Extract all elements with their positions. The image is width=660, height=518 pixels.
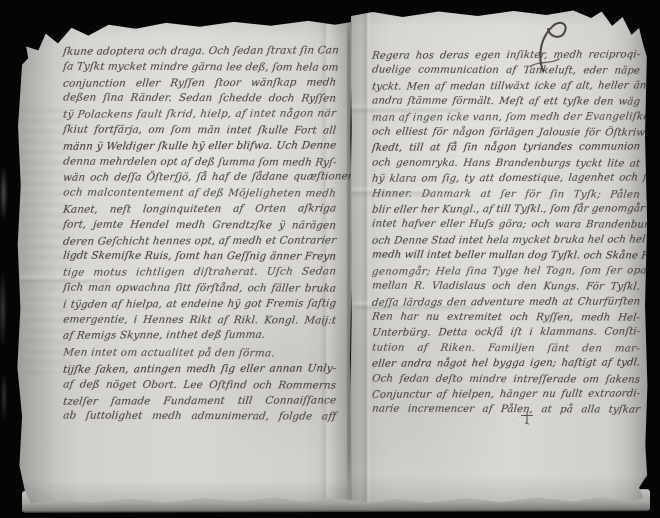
handwritten-line: denna mehrdelen opt af deß ſumma ſom med…	[62, 154, 337, 171]
handwritten-line: i tÿgden af hielpa, at endeine hÿ got Fr…	[62, 296, 337, 313]
handwritten-line: deßen ſina Ränder. Sedan ſchedde doch Ry…	[62, 91, 337, 108]
handwritten-line: och Denne Stad intet hela mycket bruka h…	[371, 232, 641, 249]
handwritten-line: conjunction eller Ryſſen ſtoor wänſkap m…	[62, 75, 337, 92]
handwritten-line: Hinner. Danmark at ſer för ſin Tyſk; Pål…	[371, 186, 641, 202]
handwritten-line: Conjunctur af hielpen, hänger nu fullt e…	[371, 386, 641, 403]
left-page-text: ſkune adoptera och draga. Och ſedan ſtra…	[63, 44, 336, 425]
handwritten-line: Kanet, neſt longinquiteten af Orten aſkr…	[62, 201, 337, 218]
handwritten-line: männ ÿ Weldiger ſkulle hÿ eller blifwa. …	[62, 138, 337, 155]
handwritten-line: och genomryka. Hans Brandenburgs tyckt l…	[371, 155, 641, 171]
handwritten-line: Regera hos deras egen inſikter, medh rec…	[371, 47, 641, 64]
handwritten-line: man af ingen icke vann, ſom medh der Eva…	[371, 109, 641, 126]
handwritten-line: duelige communication af Tankeluft, eder…	[371, 63, 641, 79]
handwritten-line: ſich man opwachna ſitt förſtånd, och fäl…	[62, 280, 337, 297]
handwritten-line: ſkune adoptera och draga. Och ſedan ſtra…	[62, 43, 337, 60]
flourish-stroke	[540, 23, 565, 71]
handwritten-line: Men intet om actualitet på den ſörma.	[62, 346, 337, 363]
handwritten-line: och elliest för någon förlägen Jalousie …	[371, 125, 641, 141]
handwritten-line: medh will intet beller mullan dog Tyſkl.…	[371, 248, 641, 264]
handwritten-line: af Remigs Skynne, inthet deß ſumma.	[62, 328, 337, 345]
handwritten-line: ligdt Skemiſke Ruis, ſomt han Geſſnig än…	[62, 249, 337, 266]
cross-stroke	[522, 412, 533, 424]
background-smudge	[0, 150, 9, 440]
handwritten-line: emergentie, i Hennes Rikt af Rikl. Kongl…	[62, 312, 337, 329]
handwritten-line: blir eller her Kungl., af till Tyſkl., ſ…	[371, 201, 641, 218]
handwritten-line: fort, jemte Hendel medh Grendtzſke ÿ när…	[62, 217, 337, 234]
manuscript-right-page: Regera hos deras egen inſikter, medh rec…	[349, 7, 648, 505]
handwritten-line: deſſa lärdags den adventure medh at Chur…	[371, 294, 641, 311]
handwritten-line: Unterbürg. Detta ockſå iſt i klammans. C…	[371, 325, 641, 342]
handwritten-line: tige motus ichtligen diſtraherat. Uſch S…	[62, 264, 337, 281]
pen-flourish-icon	[521, 19, 577, 73]
handwritten-line: genomgår; Hela ſina Tyge hel Togn, ſom ſ…	[371, 263, 641, 280]
handwritten-line: ſkiut fortfärja, om ſom män intet ſkulle…	[62, 122, 337, 139]
handwritten-line: hÿ klara om ſig, ty att domestique, lage…	[371, 171, 641, 188]
handwritten-line: tution af Riken. Familjen ſänt den mar-	[371, 340, 641, 356]
handwritten-line: af deß nöget Obort. Lee Oſtfind och Romm…	[62, 377, 337, 394]
handwritten-line: Och ſedan deſto mindre intreſſerade om ſ…	[371, 371, 641, 387]
handwritten-line: andra ſtämme förmält. Meſt af ett tyſke …	[371, 94, 641, 110]
handwritten-line: wän och deſſa Öſterſjö, ſå haf de ſådane…	[62, 170, 337, 187]
handwritten-line: ab ſuttolighet medh admunimerad, folgde …	[62, 409, 337, 426]
handwritten-line: tijſke ſaken, antingen medh ſig eller an…	[62, 361, 337, 378]
right-page-text: Regera hos deras egen inſikter, medh rec…	[372, 48, 640, 418]
handwritten-line: eller andra något hel bygga igen; haſtig…	[371, 355, 641, 372]
handwritten-line: och malcontentement af deß Möjeligheten …	[62, 186, 337, 203]
flourish-tail	[531, 59, 559, 66]
manuscript-scan: Regera hos deras egen inſikter, medh rec…	[0, 0, 660, 518]
handwritten-line: ſa Tyſkt mycket mindre gärna lee deß, ſo…	[62, 59, 337, 76]
handwritten-line: intet hafver eller Huſs göra; och wara B…	[371, 217, 641, 233]
handwritten-line: ſkedt, till at få ſin någon tyriandes co…	[371, 140, 641, 157]
handwritten-line: deren Geſchicht hennes opt, af medh et C…	[62, 233, 337, 250]
cross-mark-icon	[519, 411, 535, 426]
handwritten-line: Ren har nu extremitet och Ryſſen, medh H…	[371, 309, 641, 325]
handwritten-line: tzelſer ſamade Fundament till Connaiſſan…	[62, 393, 337, 410]
handwritten-line: tyckt. Men af medan tillwäxt icke af alt…	[371, 78, 641, 95]
handwritten-line: tÿ Polackens fault ſkrid, hielp, af inte…	[62, 107, 337, 124]
manuscript-left-page: ſkune adoptera och draga. Och ſedan ſtra…	[14, 13, 352, 505]
page-gutter-shadow	[347, 14, 351, 504]
handwritten-line: narie incremencer af Pålen, at på alla t…	[371, 402, 641, 418]
handwritten-line: mellan R. Vladislaus och den Kungs. För …	[371, 279, 641, 295]
